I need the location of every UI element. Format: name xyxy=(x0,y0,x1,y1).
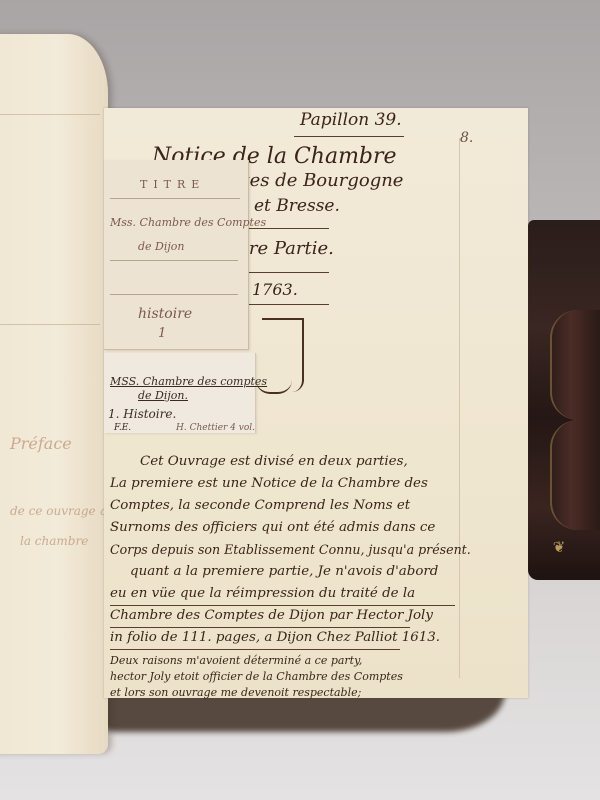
underline xyxy=(110,605,455,606)
title-year: 1763. xyxy=(252,280,298,299)
label-line: de Dijon xyxy=(138,240,185,253)
label-line: 1. Histoire. xyxy=(108,407,176,421)
body-line: in folio de 111. pages, a Dijon Chez Pal… xyxy=(110,630,440,645)
label-number: 1 xyxy=(158,326,166,341)
mss-catalogue-label: MSS. Chambre des comptes de Dijon. 1. Hi… xyxy=(104,353,256,433)
label-line: MSS. Chambre des comptes xyxy=(110,375,267,388)
body-line: Deux raisons m'avoient déterminé a ce pa… xyxy=(110,654,362,667)
left-page: Préface de ce ouvrage qui la chambre xyxy=(0,34,108,754)
body-line: Comptes, la seconde Comprend les Noms et xyxy=(110,498,410,513)
body-line: Cet Ouvrage est divisé en deux parties, xyxy=(140,454,408,469)
label-rule xyxy=(110,294,238,295)
title-rule xyxy=(249,304,329,305)
title-catalogue-label: TITRE Mss. Chambre des Comptes de Dijon … xyxy=(104,160,249,350)
label-line: F.E. xyxy=(114,423,131,433)
book-spine-band xyxy=(550,310,600,420)
manuscript-photo: ❦ Préface de ce ouvrage qui la chambre P… xyxy=(0,0,600,800)
body-line: Surnoms des officiers qui ont été admis … xyxy=(110,520,435,535)
gilt-ornament-icon: ❦ xyxy=(546,538,572,556)
label-rule xyxy=(110,260,238,261)
underline xyxy=(110,627,410,628)
label-heading: TITRE xyxy=(140,178,205,191)
body-line: hector Joly etoit officier de la Chambre… xyxy=(110,670,403,683)
title-rule xyxy=(249,272,329,273)
margin-rule xyxy=(459,138,460,678)
label-line: Mss. Chambre des Comptes xyxy=(110,216,266,229)
page-number: 8. xyxy=(460,130,473,146)
leather-books: ❦ xyxy=(528,220,600,580)
title-line: et Bresse. xyxy=(254,196,340,216)
header-reference: Papillon 39. xyxy=(300,110,402,130)
body-line: eu en vüe que la réimpression du traité … xyxy=(110,586,415,601)
body-line: Chambre des Comptes de Dijon par Hector … xyxy=(110,608,433,623)
header-underline xyxy=(294,136,404,137)
label-note: H. Chettier 4 vol. xyxy=(176,423,255,433)
label-rule xyxy=(110,198,240,199)
label-line: de Dijon. xyxy=(138,389,188,402)
left-page-text: Préface xyxy=(10,434,72,453)
body-line: Corps depuis son Etablissement Connu, ju… xyxy=(110,542,471,557)
book-spine-band xyxy=(550,420,600,530)
label-section: histoire xyxy=(138,306,192,322)
faint-rule xyxy=(0,324,100,325)
faint-rule xyxy=(0,114,100,115)
underline xyxy=(110,649,400,650)
body-line: et lors son ouvrage me devenoit respecta… xyxy=(110,686,361,699)
left-page-text: de ce ouvrage qui xyxy=(10,504,108,518)
body-line: quant a la premiere partie, Je n'avois d… xyxy=(130,564,438,579)
body-line: La premiere est une Notice de la Chambre… xyxy=(110,476,428,491)
left-page-text: la chambre xyxy=(20,534,88,548)
